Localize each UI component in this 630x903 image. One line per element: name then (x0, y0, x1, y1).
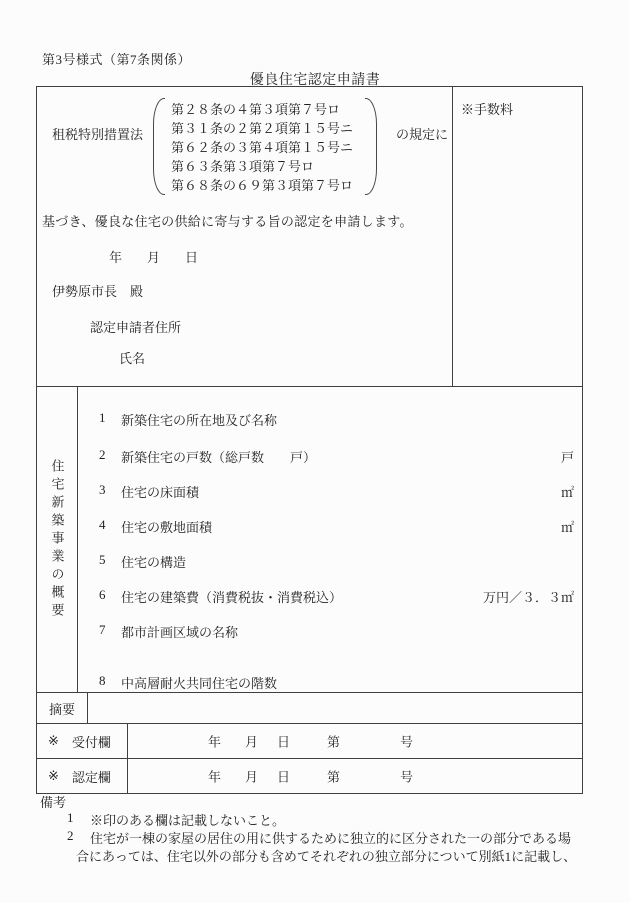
addressee: 伊勢原市長 殿 (52, 281, 143, 300)
month-label: 月 (245, 732, 258, 751)
certification-row: ※ 認定欄 年 月 日 第 号 (37, 758, 582, 793)
note-1-number: 1 (67, 810, 74, 826)
item-row: 4 住宅の敷地面積 ㎡ (78, 517, 582, 532)
year-label: 年 (208, 732, 221, 751)
side-label-cell: 住宅新築事業の概要 (37, 387, 78, 692)
reception-content-cell: 年 月 日 第 号 (128, 724, 582, 758)
reception-label-cell: ※ 受付欄 (37, 724, 128, 758)
item-row: 5 住宅の構造 (78, 552, 582, 567)
year-label: 年 (208, 767, 221, 786)
application-date-line: 年 月 日 (37, 247, 452, 262)
item-number: 3 (99, 482, 106, 498)
item-row: 7 都市計画区域の名称 (78, 622, 582, 637)
reception-label: 受付欄 (72, 732, 111, 751)
item-row: 6 住宅の建築費（消費税抜・消費税込） 万円／３．３㎡ (78, 587, 582, 602)
law-suffix: の規定に (396, 124, 448, 143)
law-clause: 第３１条の２第２項第１５号ニ (171, 119, 361, 138)
law-clause: 第６３条第３項第７号ロ (171, 157, 361, 176)
side-label: 住宅新築事業の概要 (48, 459, 67, 621)
certification-label-cell: ※ 認定欄 (37, 759, 128, 793)
number-suffix-label: 号 (400, 767, 413, 786)
item-number: 1 (99, 410, 106, 426)
item-unit: ㎡ (561, 517, 574, 536)
application-main-cell: 租税特別措置法 第２８条の４第３項第７号ロ 第３１条の２第２項第１５号ニ 第６２… (37, 87, 453, 386)
certification-label: 認定欄 (72, 767, 111, 786)
item-number: 7 (99, 622, 106, 638)
law-clause: 第６８条の６９第３項第７号ロ (171, 176, 361, 195)
item-row: 2 新築住宅の戸数（総戸数 戸） 戸 (78, 447, 582, 462)
item-label: 住宅の床面積 (121, 482, 199, 501)
note-1-text: ※印のある欄は記載しないこと。 (90, 810, 285, 829)
item-label: 住宅の建築費（消費税抜・消費税込） (121, 587, 342, 606)
item-number: 6 (99, 587, 106, 603)
item-label: 新築住宅の所在地及び名称 (121, 410, 277, 429)
fee-cell: ※手数料 (453, 87, 582, 386)
law-clause: 第６２条の３第４項第１５号ニ (171, 138, 361, 157)
item-number: 8 (99, 673, 106, 689)
notes-heading: 備考 (40, 792, 66, 811)
applicant-address-label: 認定申請者住所 (90, 317, 181, 336)
note-2-number: 2 (67, 828, 74, 844)
item-number: 2 (99, 447, 106, 463)
form-number: 第3号様式（第7条関係） (42, 49, 191, 68)
application-statement: 基づき、優良な住宅の供給に寄与する旨の認定を申請します。 (42, 211, 413, 230)
month-label: 月 (245, 767, 258, 786)
project-overview-row: 住宅新築事業の概要 1 新築住宅の所在地及び名称 2 新築住宅の戸数（総戸数 戸… (37, 387, 582, 692)
item-row: 1 新築住宅の所在地及び名称 (78, 410, 582, 425)
overview-items-cell: 1 新築住宅の所在地及び名称 2 新築住宅の戸数（総戸数 戸） 戸 3 住宅の床… (78, 387, 582, 692)
law-name: 租税特別措置法 (52, 124, 143, 143)
item-unit: 戸 (561, 447, 574, 466)
item-row: 8 中高層耐火共同住宅の階数 (78, 673, 582, 688)
day-label: 日 (277, 767, 290, 786)
note-2-text-line-2: 合にあっては、住宅以外の部分も含めてそれぞれの独立部分について別紙1に記載し、 (76, 846, 576, 865)
note-2-text-line-1: 住宅が一棟の家屋の居住の用に供するために独立的に区分された一の部分である場 (90, 828, 571, 847)
remarks-label: 摘要 (49, 699, 75, 718)
close-bracket-icon (365, 98, 377, 195)
item-label: 都市計画区域の名称 (121, 622, 238, 641)
month-label: 月 (147, 247, 160, 266)
certification-mark: ※ (48, 768, 59, 784)
item-label: 中高層耐火共同住宅の階数 (121, 673, 277, 692)
law-clause-list: 第２８条の４第３項第７号ロ 第３１条の２第２項第１５号ニ 第６２条の３第４項第１… (171, 98, 361, 195)
number-prefix-label: 第 (327, 732, 340, 751)
applicant-name-label: 氏名 (119, 348, 145, 367)
summary-table: 住宅新築事業の概要 1 新築住宅の所在地及び名称 2 新築住宅の戸数（総戸数 戸… (36, 387, 583, 794)
remarks-content-cell (88, 693, 582, 723)
item-unit: 万円／３．３㎡ (483, 587, 574, 606)
certification-content-cell: 年 月 日 第 号 (128, 759, 582, 793)
open-bracket-icon (153, 98, 165, 195)
day-label: 日 (277, 732, 290, 751)
law-reference: 租税特別措置法 第２８条の４第３項第７号ロ 第３１条の２第２項第１５号ニ 第６２… (52, 98, 448, 195)
reception-mark: ※ (48, 733, 59, 749)
remarks-row: 摘要 (37, 692, 582, 723)
item-number: 4 (99, 517, 106, 533)
item-unit: ㎡ (561, 482, 574, 501)
number-prefix-label: 第 (327, 767, 340, 786)
document-page: 第3号様式（第7条関係） 優良住宅認定申請書 租税特別措置法 第２８条の４第３項… (0, 0, 630, 903)
item-label: 住宅の構造 (121, 552, 186, 571)
fee-label: ※手数料 (461, 99, 513, 118)
number-suffix-label: 号 (400, 732, 413, 751)
remarks-label-cell: 摘要 (37, 693, 88, 723)
item-number: 5 (99, 552, 106, 568)
day-label: 日 (185, 247, 198, 266)
item-row: 3 住宅の床面積 ㎡ (78, 482, 582, 497)
item-label: 新築住宅の戸数（総戸数 戸） (121, 447, 316, 466)
reception-row: ※ 受付欄 年 月 日 第 号 (37, 723, 582, 758)
law-clause: 第２８条の４第３項第７号ロ (171, 100, 361, 119)
item-label: 住宅の敷地面積 (121, 517, 212, 536)
application-table: 租税特別措置法 第２８条の４第３項第７号ロ 第３１条の２第２項第１５号ニ 第６２… (36, 86, 583, 387)
year-label: 年 (109, 247, 122, 266)
